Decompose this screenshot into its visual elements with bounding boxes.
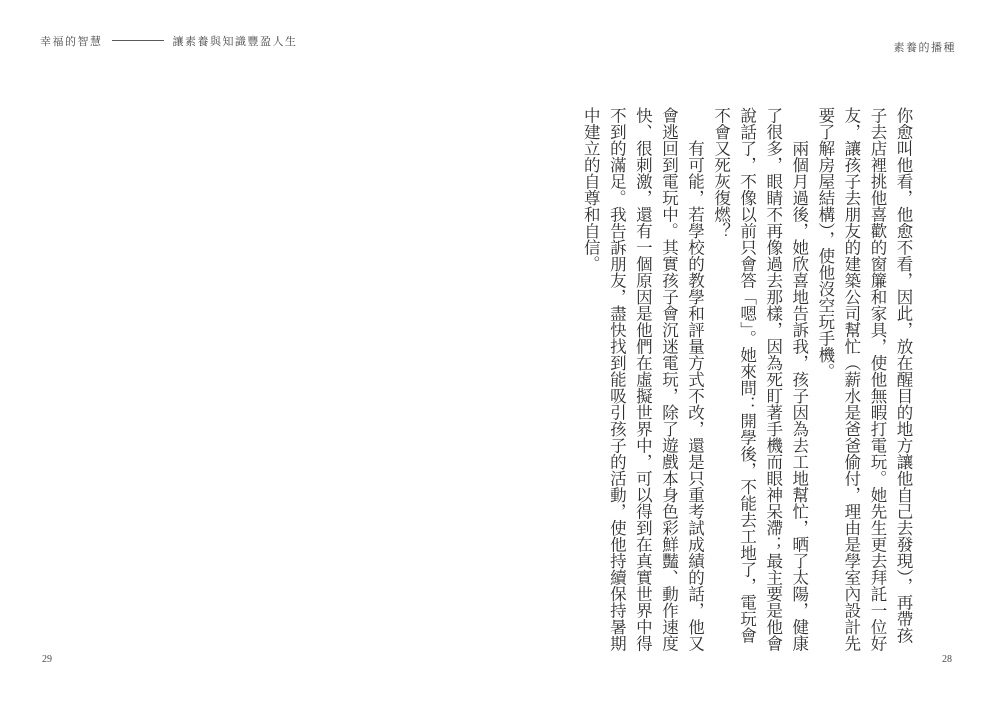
book-title: 幸福的智慧 [40, 36, 103, 48]
running-head-right: 素養的播種 [894, 39, 957, 55]
page-right: 素養的播種 你愈叫他看，他愈不看，因此，放在醒目的地方讓他自己去發現），再帶孩子… [500, 0, 1000, 712]
page-number-left: 29 [42, 654, 52, 665]
page-left: 幸福的智慧讓素養與知識豐盈人生 其實每個孩子都有一個能使他動心的「弱點」，如果能… [0, 0, 500, 712]
chapter-title: 素養的播種 [894, 42, 957, 54]
paragraph: 有可能，若學校的教學和評量方式不改，還是只重考試成績的話，他又會逃回到電玩中。其… [577, 107, 707, 652]
dash-rule [112, 40, 164, 41]
paragraph: 你愈叫他看，他愈不看，因此，放在醒目的地方讓他自己去發現），再帶孩子去店裡挑他喜… [812, 107, 916, 652]
running-head-left: 幸福的智慧讓素養與知識豐盈人生 [40, 33, 298, 49]
body-text-right: 你愈叫他看，他愈不看，因此，放在醒目的地方讓他自己去發現），再帶孩子去店裡挑他喜… [577, 107, 916, 652]
paragraph: 兩個月過後，她欣喜地告訴我，孩子因為去工地幫忙，晒了太陽，健康了很多，眼睛不再像… [708, 107, 812, 652]
book-subtitle: 讓素養與知識豐盈人生 [173, 36, 298, 48]
page-number-right: 28 [942, 654, 952, 665]
book-spread: 幸福的智慧讓素養與知識豐盈人生 其實每個孩子都有一個能使他動心的「弱點」，如果能… [0, 0, 1000, 712]
